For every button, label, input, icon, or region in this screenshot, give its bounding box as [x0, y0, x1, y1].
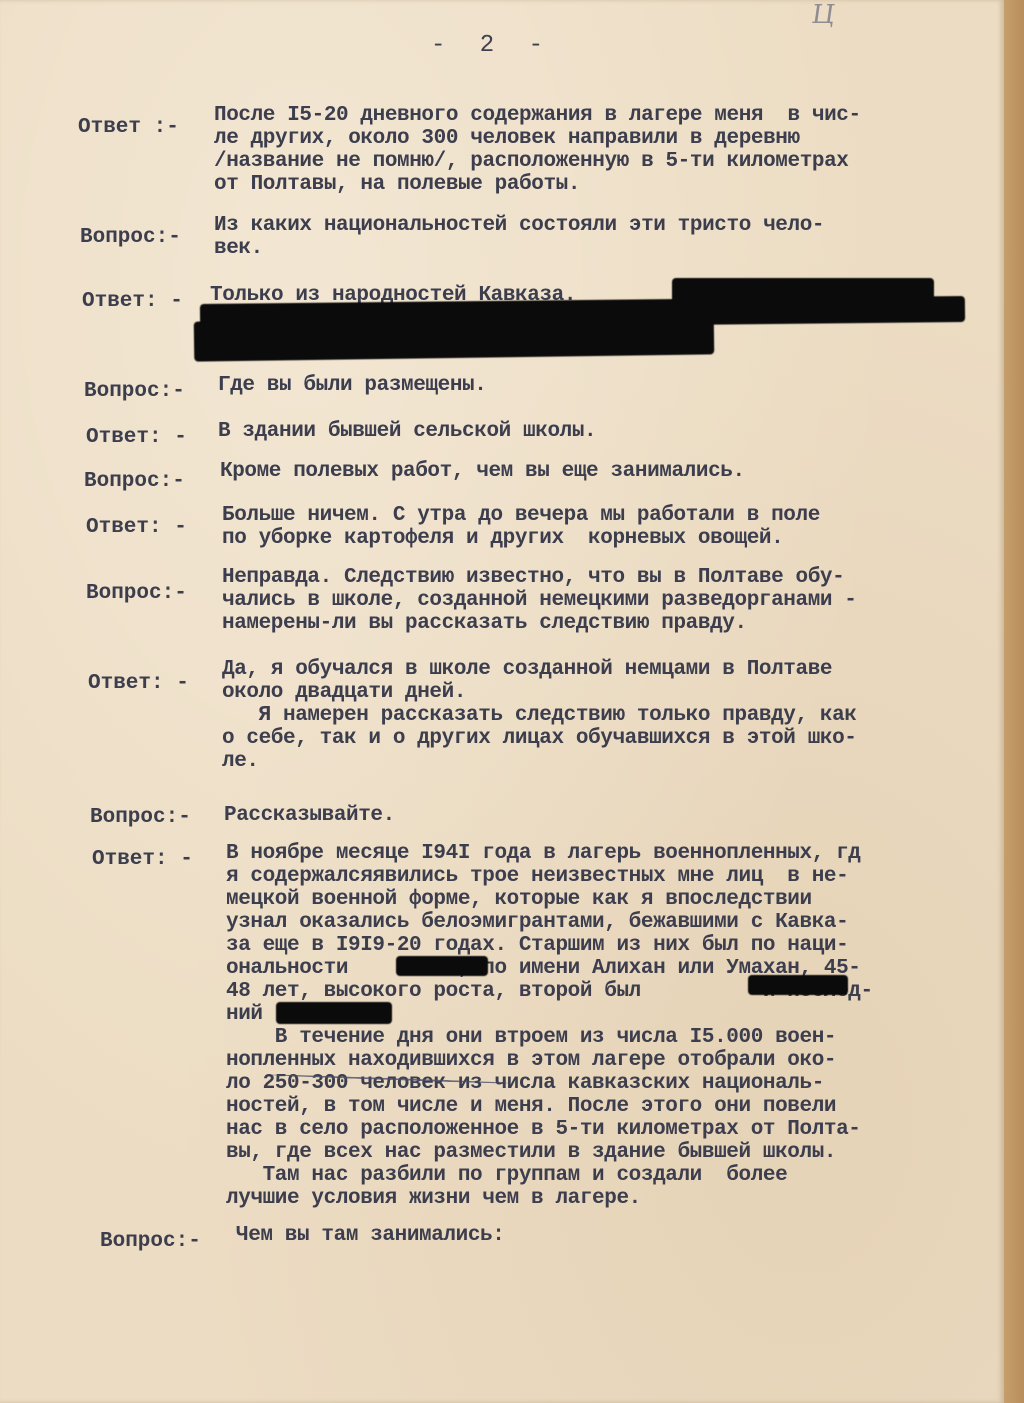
entry-label: Ответ: -	[86, 426, 187, 449]
entry-label: Вопрос:-	[84, 470, 185, 493]
entry-label: Ответ :-	[78, 116, 179, 139]
redaction-bar	[194, 314, 715, 361]
entry-label: Вопрос:-	[86, 582, 187, 605]
entry-text: Кроме полевых работ, чем вы еще занимали…	[220, 460, 745, 483]
entry-label: Вопрос:-	[100, 1230, 201, 1253]
entry-text: Чем вы там занимались:	[236, 1224, 504, 1247]
entry-label: Вопрос:-	[80, 226, 181, 249]
entry-label: Ответ: -	[92, 848, 193, 871]
redaction-bar	[748, 975, 848, 995]
entry-label: Вопрос:-	[90, 806, 191, 829]
entry-text: Да, я обучался в школе созданной немцами…	[222, 658, 857, 773]
entry-text: После I5-20 дневного содержания в лагере…	[214, 104, 861, 196]
entry-text: Неправда. Следствию известно, что вы в П…	[222, 566, 857, 635]
entry-text: Где вы были размещены.	[218, 374, 486, 397]
entry-label: Ответ: -	[88, 672, 189, 695]
page-edge	[1004, 0, 1024, 1403]
redaction-bar	[396, 956, 488, 976]
entry-label: Вопрос:-	[84, 380, 185, 403]
entry-text: В ноябре месяце I94I года в лагерь военн…	[226, 842, 873, 1210]
entry-text: Из каких национальностей состояли эти тр…	[214, 214, 824, 260]
entry-text: В здании бывшей сельской школы.	[218, 420, 596, 443]
redaction-bar	[276, 1002, 392, 1024]
entry-label: Ответ: -	[82, 290, 183, 313]
entry-text: Больше ничем. С утра до вечера мы работа…	[222, 504, 820, 550]
handwritten-mark: Ц	[810, 0, 854, 28]
document-page: Ц - 2 - Ответ :- После I5-20 дневного со…	[0, 0, 1004, 1403]
page-number: - 2 -	[0, 32, 984, 59]
entry-label: Ответ: -	[86, 516, 187, 539]
entry-text: Рассказывайте.	[224, 804, 395, 827]
